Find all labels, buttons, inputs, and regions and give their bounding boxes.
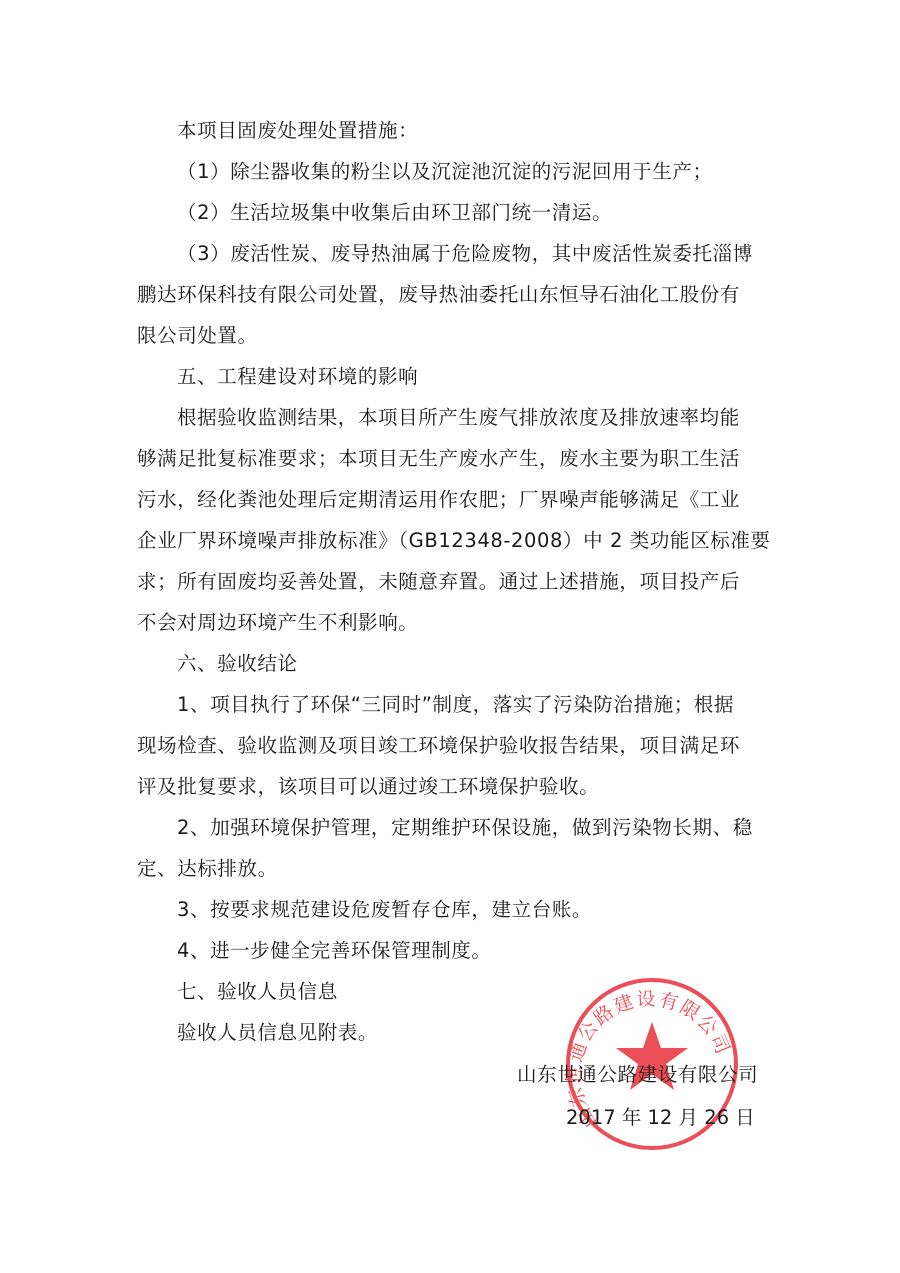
text-line: （3）废活性炭、废导热油属于危险废物，其中废活性炭委托淄博 [177, 241, 807, 267]
text-line: 2、加强环境保护管理，定期维护环保设施，做到污染物长期、稳 [177, 815, 807, 841]
signature-date: 2017 年 12 月 26 日 [566, 1105, 766, 1131]
text-line: 现场检查、验收监测及项目竣工环境保护验收报告结果，项目满足环 [137, 733, 767, 759]
text-line: 污水，经化粪池处理后定期清运用作农肥；厂界噪声能够满足《工业 [137, 487, 767, 513]
text-line: 4、进一步健全完善环保管理制度。 [177, 938, 807, 964]
document-page: 本项目固废处理处置措施：（1）除尘器收集的粉尘以及沉淀池沉淀的污泥回用于生产；（… [0, 0, 900, 1273]
text-line: 限公司处置。 [137, 323, 767, 349]
text-line: 五、工程建设对环境的影响 [177, 364, 807, 390]
text-line: 1、项目执行了环保“三同时”制度，落实了污染防治措施；根据 [177, 692, 807, 718]
text-line: 根据验收监测结果，本项目所产生废气排放浓度及排放速率均能 [177, 405, 807, 431]
text-line: 六、验收结论 [177, 651, 807, 677]
text-line: 求；所有固废均妥善处置，未随意弃置。通过上述措施，项目投产后 [137, 569, 767, 595]
text-line: 评及批复要求，该项目可以通过竣工环境保护验收。 [137, 774, 767, 800]
text-line: 定、达标排放。 [137, 856, 767, 882]
text-line: 本项目固废处理处置措施： [177, 118, 807, 144]
text-line: 企业厂界环境噪声排放标准》（GB12348-2008）中 2 类功能区标准要 [137, 528, 767, 554]
text-line: 3、按要求规范建设危废暂存仓库，建立台账。 [177, 897, 807, 923]
signature-company: 山东世通公路建设有限公司 [517, 1062, 777, 1088]
text-line: （2）生活垃圾集中收集后由环卫部门统一清运。 [177, 200, 807, 226]
text-line: 够满足批复标准要求；本项目无生产废水产生，废水主要为职工生活 [137, 446, 767, 472]
text-line: （1）除尘器收集的粉尘以及沉淀池沉淀的污泥回用于生产； [177, 159, 807, 185]
text-line: 鹏达环保科技有限公司处置，废导热油委托山东恒导石油化工股份有 [137, 282, 767, 308]
text-line: 不会对周边环境产生不利影响。 [137, 610, 767, 636]
